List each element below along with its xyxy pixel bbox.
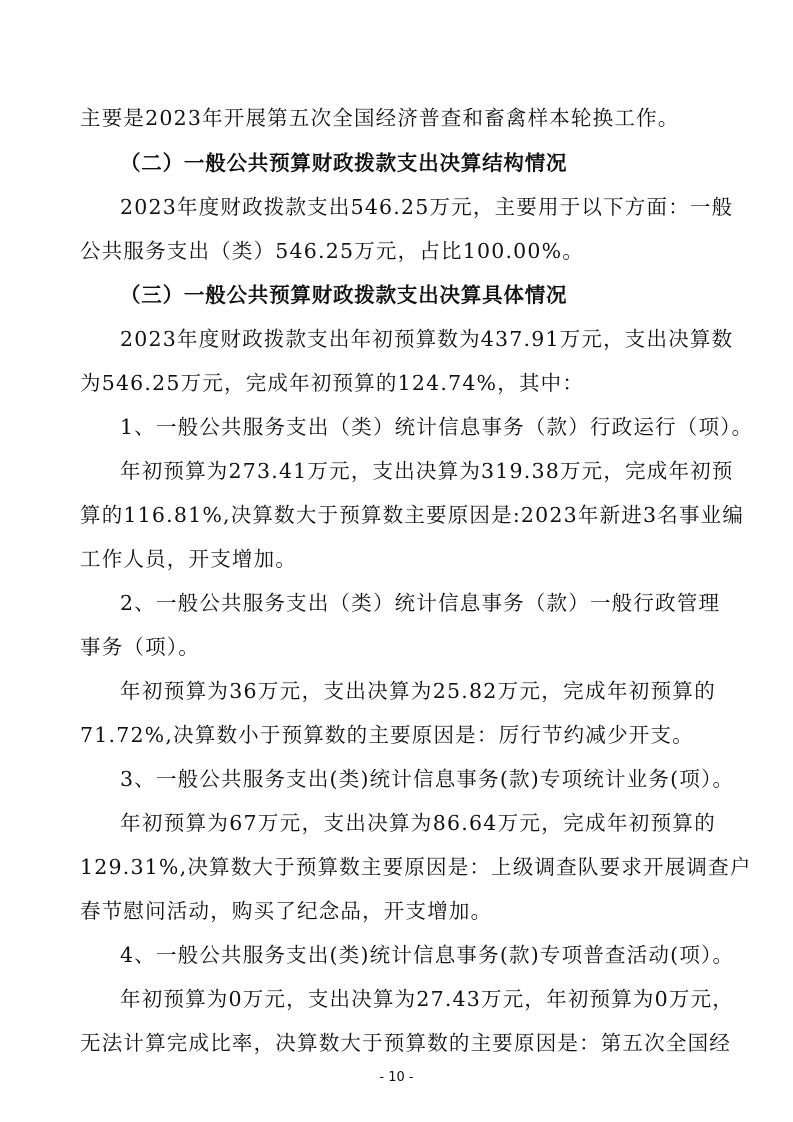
document-page: 主要是2023年开展第五次全国经济普查和畜禽样本轮换工作。 （二）一般公共预算财… bbox=[0, 0, 793, 1122]
paragraph-line: 2023年度财政拨款支出546.25万元，主要用于以下方面：一般 bbox=[120, 192, 716, 222]
paragraph-line: 为546.25万元，完成年初预算的124.74%，其中： bbox=[80, 368, 716, 398]
paragraph-line: 公共服务支出（类）546.25万元，占比100.00%。 bbox=[80, 236, 716, 266]
paragraph-line: 年初预算为0万元，支出决算为27.43万元，年初预算为0万元， bbox=[120, 984, 716, 1014]
paragraph-line: 年初预算为67万元，支出决算为86.64万元，完成年初预算的 bbox=[120, 808, 716, 838]
paragraph-line: 129.31%,决算数大于预算数主要原因是：上级调查队要求开展调查户 bbox=[80, 852, 716, 882]
paragraph-line: 71.72%,决算数小于预算数的主要原因是：厉行节约减少开支。 bbox=[80, 720, 716, 750]
page-number: - 10 - bbox=[0, 1070, 793, 1085]
paragraph-line: 算的116.81%,决算数大于预算数主要原因是:2023年新进3名事业编 bbox=[80, 500, 716, 530]
paragraph-line: 事务（项）。 bbox=[80, 632, 716, 662]
section-heading-structure: （二）一般公共预算财政拨款支出决算结构情况 bbox=[120, 148, 756, 178]
paragraph-line: 工作人员，开支增加。 bbox=[80, 544, 716, 574]
item-heading-1: 1、一般公共服务支出（类）统计信息事务（款）行政运行（项）。 bbox=[120, 412, 716, 442]
paragraph-line: 2023年度财政拨款支出年初预算数为437.91万元，支出决算数 bbox=[120, 324, 716, 354]
item-heading-2: 2、一般公共服务支出（类）统计信息事务（款）一般行政管理 bbox=[120, 588, 716, 618]
paragraph-line: 主要是2023年开展第五次全国经济普查和畜禽样本轮换工作。 bbox=[80, 103, 716, 133]
paragraph-line: 年初预算为36万元，支出决算为25.82万元，完成年初预算的 bbox=[120, 676, 716, 706]
paragraph-line: 年初预算为273.41万元，支出决算为319.38万元，完成年初预 bbox=[120, 456, 716, 486]
paragraph-line: 无法计算完成比率，决算数大于预算数的主要原因是：第五次全国经 bbox=[80, 1028, 716, 1058]
item-heading-3: 3、一般公共服务支出(类)统计信息事务(款)专项统计业务(项）。 bbox=[120, 764, 716, 794]
paragraph-line: 春节慰问活动，购买了纪念品，开支增加。 bbox=[80, 896, 716, 926]
section-heading-details: （三）一般公共预算财政拨款支出决算具体情况 bbox=[120, 280, 756, 310]
item-heading-4: 4、一般公共服务支出(类)统计信息事务(款)专项普查活动(项）。 bbox=[120, 940, 716, 970]
